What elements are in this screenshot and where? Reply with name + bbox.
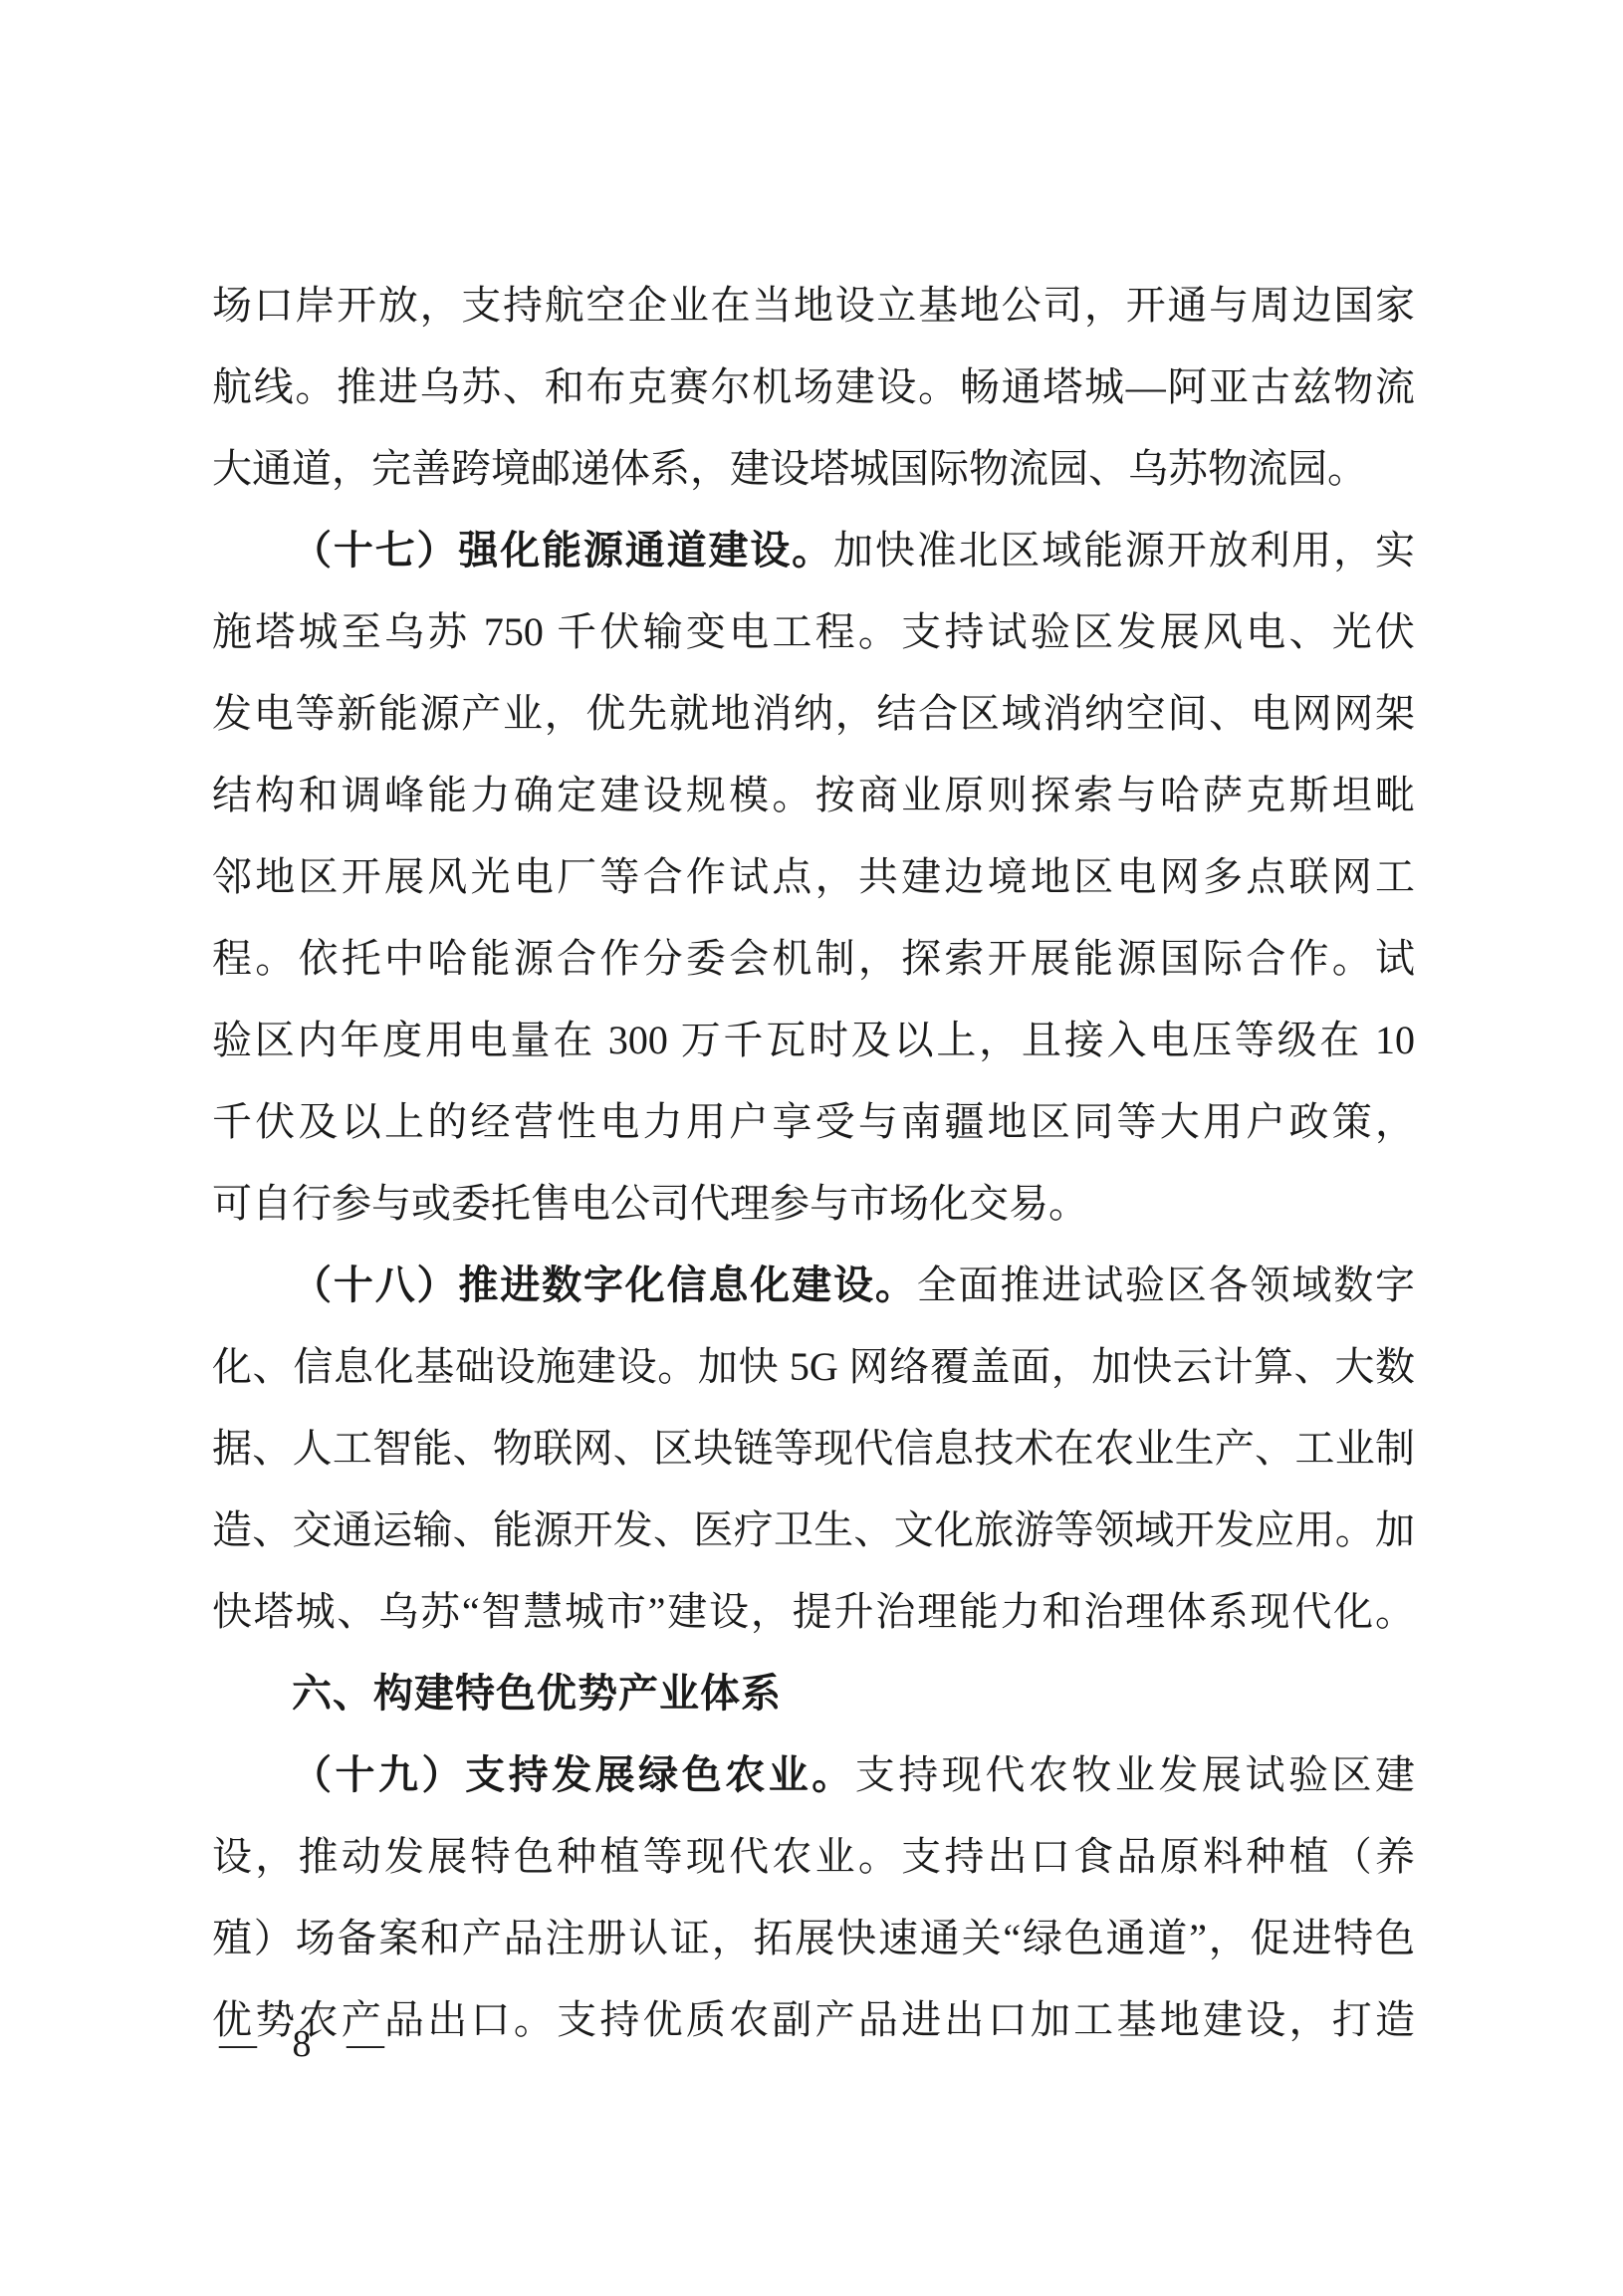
text-line: 殖）场备案和产品注册认证，拓展快速通关“绿色通道”，促进特色 [212,1898,1415,1979]
text-run: 场口岸开放，支持航空企业在当地设立基地公司，开通与周边国家 [212,283,1415,328]
text-line: 千伏及以上的经营性电力用户享受与南疆地区同等大用户政策， [212,1081,1415,1163]
heading-run: （十九）支持发展绿色农业。 [292,1752,855,1797]
clause-18-heading-line: （十八）推进数字化信息化建设。全面推进试验区各领域数字 [212,1245,1415,1326]
clause-19-heading-line: （十九）支持发展绿色农业。支持现代农牧业发展试验区建 [212,1734,1415,1816]
text-line: 施塔城至乌苏 750 千伏输变电工程。支持试验区发展风电、光伏 [212,591,1415,673]
text-line: 结构和调峰能力确定建设规模。按商业原则探索与哈萨克斯坦毗 [212,755,1415,836]
text-run: 优势农产品出口。支持优质农副产品进出口加工基地建设，打造 [212,1997,1415,2042]
document-page: 场口岸开放，支持航空企业在当地设立基地公司，开通与周边国家 航线。推进乌苏、和布… [0,0,1623,2296]
text-run: 程。依托中哈能源合作分委会机制，探索开展能源国际合作。试 [212,936,1415,981]
text-run: 设，推动发展特色种植等现代农业。支持出口食品原料种植（养 [212,1834,1415,1879]
text-line: 场口岸开放，支持航空企业在当地设立基地公司，开通与周边国家 [212,265,1415,346]
text-run: 大通道，完善跨境邮递体系，建设塔城国际物流园、乌苏物流园。 [212,446,1367,491]
text-line: 邻地区开展风光电厂等合作试点，共建边境地区电网多点联网工 [212,836,1415,918]
text-line: 发电等新能源产业，优先就地消纳，结合区域消纳空间、电网网架 [212,673,1415,755]
text-run: 千伏及以上的经营性电力用户享受与南疆地区同等大用户政策， [212,1099,1415,1144]
text-line: 可自行参与或委托售电公司代理参与市场化交易。 [212,1163,1415,1245]
text-line: 设，推动发展特色种植等现代农业。支持出口食品原料种植（养 [212,1816,1415,1898]
heading-run: （十七）强化能源通道建设。 [292,528,833,573]
text-line: 大通道，完善跨境邮递体系，建设塔城国际物流园、乌苏物流园。 [212,428,1415,510]
text-run: 全面推进试验区各领域数字 [917,1263,1415,1307]
text-line: 据、人工智能、物联网、区块链等现代信息技术在农业生产、工业制 [212,1408,1415,1490]
text-line: 快塔城、乌苏“智慧城市”建设，提升治理能力和治理体系现代化。 [212,1571,1415,1653]
text-run: 造、交通运输、能源开发、医疗卫生、文化旅游等领域开发应用。加 [212,1507,1415,1552]
text-run: 支持现代农牧业发展试验区建 [855,1752,1415,1797]
text-line: 程。依托中哈能源合作分委会机制，探索开展能源国际合作。试 [212,918,1415,1000]
text-run: 殖）场备案和产品注册认证，拓展快速通关“绿色通道”，促进特色 [212,1916,1415,1960]
text-run: 结构和调峰能力确定建设规模。按商业原则探索与哈萨克斯坦毗 [212,773,1415,817]
document-body: 场口岸开放，支持航空企业在当地设立基地公司，开通与周边国家 航线。推进乌苏、和布… [212,265,1415,2061]
text-run: 快塔城、乌苏“智慧城市”建设，提升治理能力和治理体系现代化。 [212,1589,1415,1634]
text-run: 可自行参与或委托售电公司代理参与市场化交易。 [212,1181,1088,1226]
text-run: 航线。推进乌苏、和布克赛尔机场建设。畅通塔城—阿亚古兹物流 [212,364,1415,409]
text-run: 邻地区开展风光电厂等合作试点，共建边境地区电网多点联网工 [212,854,1415,899]
section-6-heading: 六、构建特色优势产业体系 [212,1653,1415,1734]
heading-run: （十八）推进数字化信息化建设。 [292,1263,917,1307]
text-run: 据、人工智能、物联网、区块链等现代信息技术在农业生产、工业制 [212,1426,1415,1471]
text-line: 航线。推进乌苏、和布克赛尔机场建设。畅通塔城—阿亚古兹物流 [212,346,1415,428]
text-run: 施塔城至乌苏 750 千伏输变电工程。支持试验区发展风电、光伏 [212,609,1415,654]
text-line: 化、信息化基础设施建设。加快 5G 网络覆盖面，加快云计算、大数 [212,1326,1415,1408]
text-run: 加快准北区域能源开放利用，实 [833,528,1415,573]
text-run: 验区内年度用电量在 300 万千瓦时及以上，且接入电压等级在 10 [212,1018,1415,1062]
clause-17-heading-line: （十七）强化能源通道建设。加快准北区域能源开放利用，实 [212,510,1415,591]
text-line: 验区内年度用电量在 300 万千瓦时及以上，且接入电压等级在 10 [212,1000,1415,1081]
text-run: 化、信息化基础设施建设。加快 5G 网络覆盖面，加快云计算、大数 [212,1344,1415,1389]
text-line: 优势农产品出口。支持优质农副产品进出口加工基地建设，打造 [212,1979,1415,2061]
text-line: 造、交通运输、能源开发、医疗卫生、文化旅游等领域开发应用。加 [212,1490,1415,1571]
text-run: 发电等新能源产业，优先就地消纳，结合区域消纳空间、电网网架 [212,691,1415,736]
heading-run: 六、构建特色优势产业体系 [292,1672,782,1716]
page-number: — 8 — [219,2022,389,2066]
